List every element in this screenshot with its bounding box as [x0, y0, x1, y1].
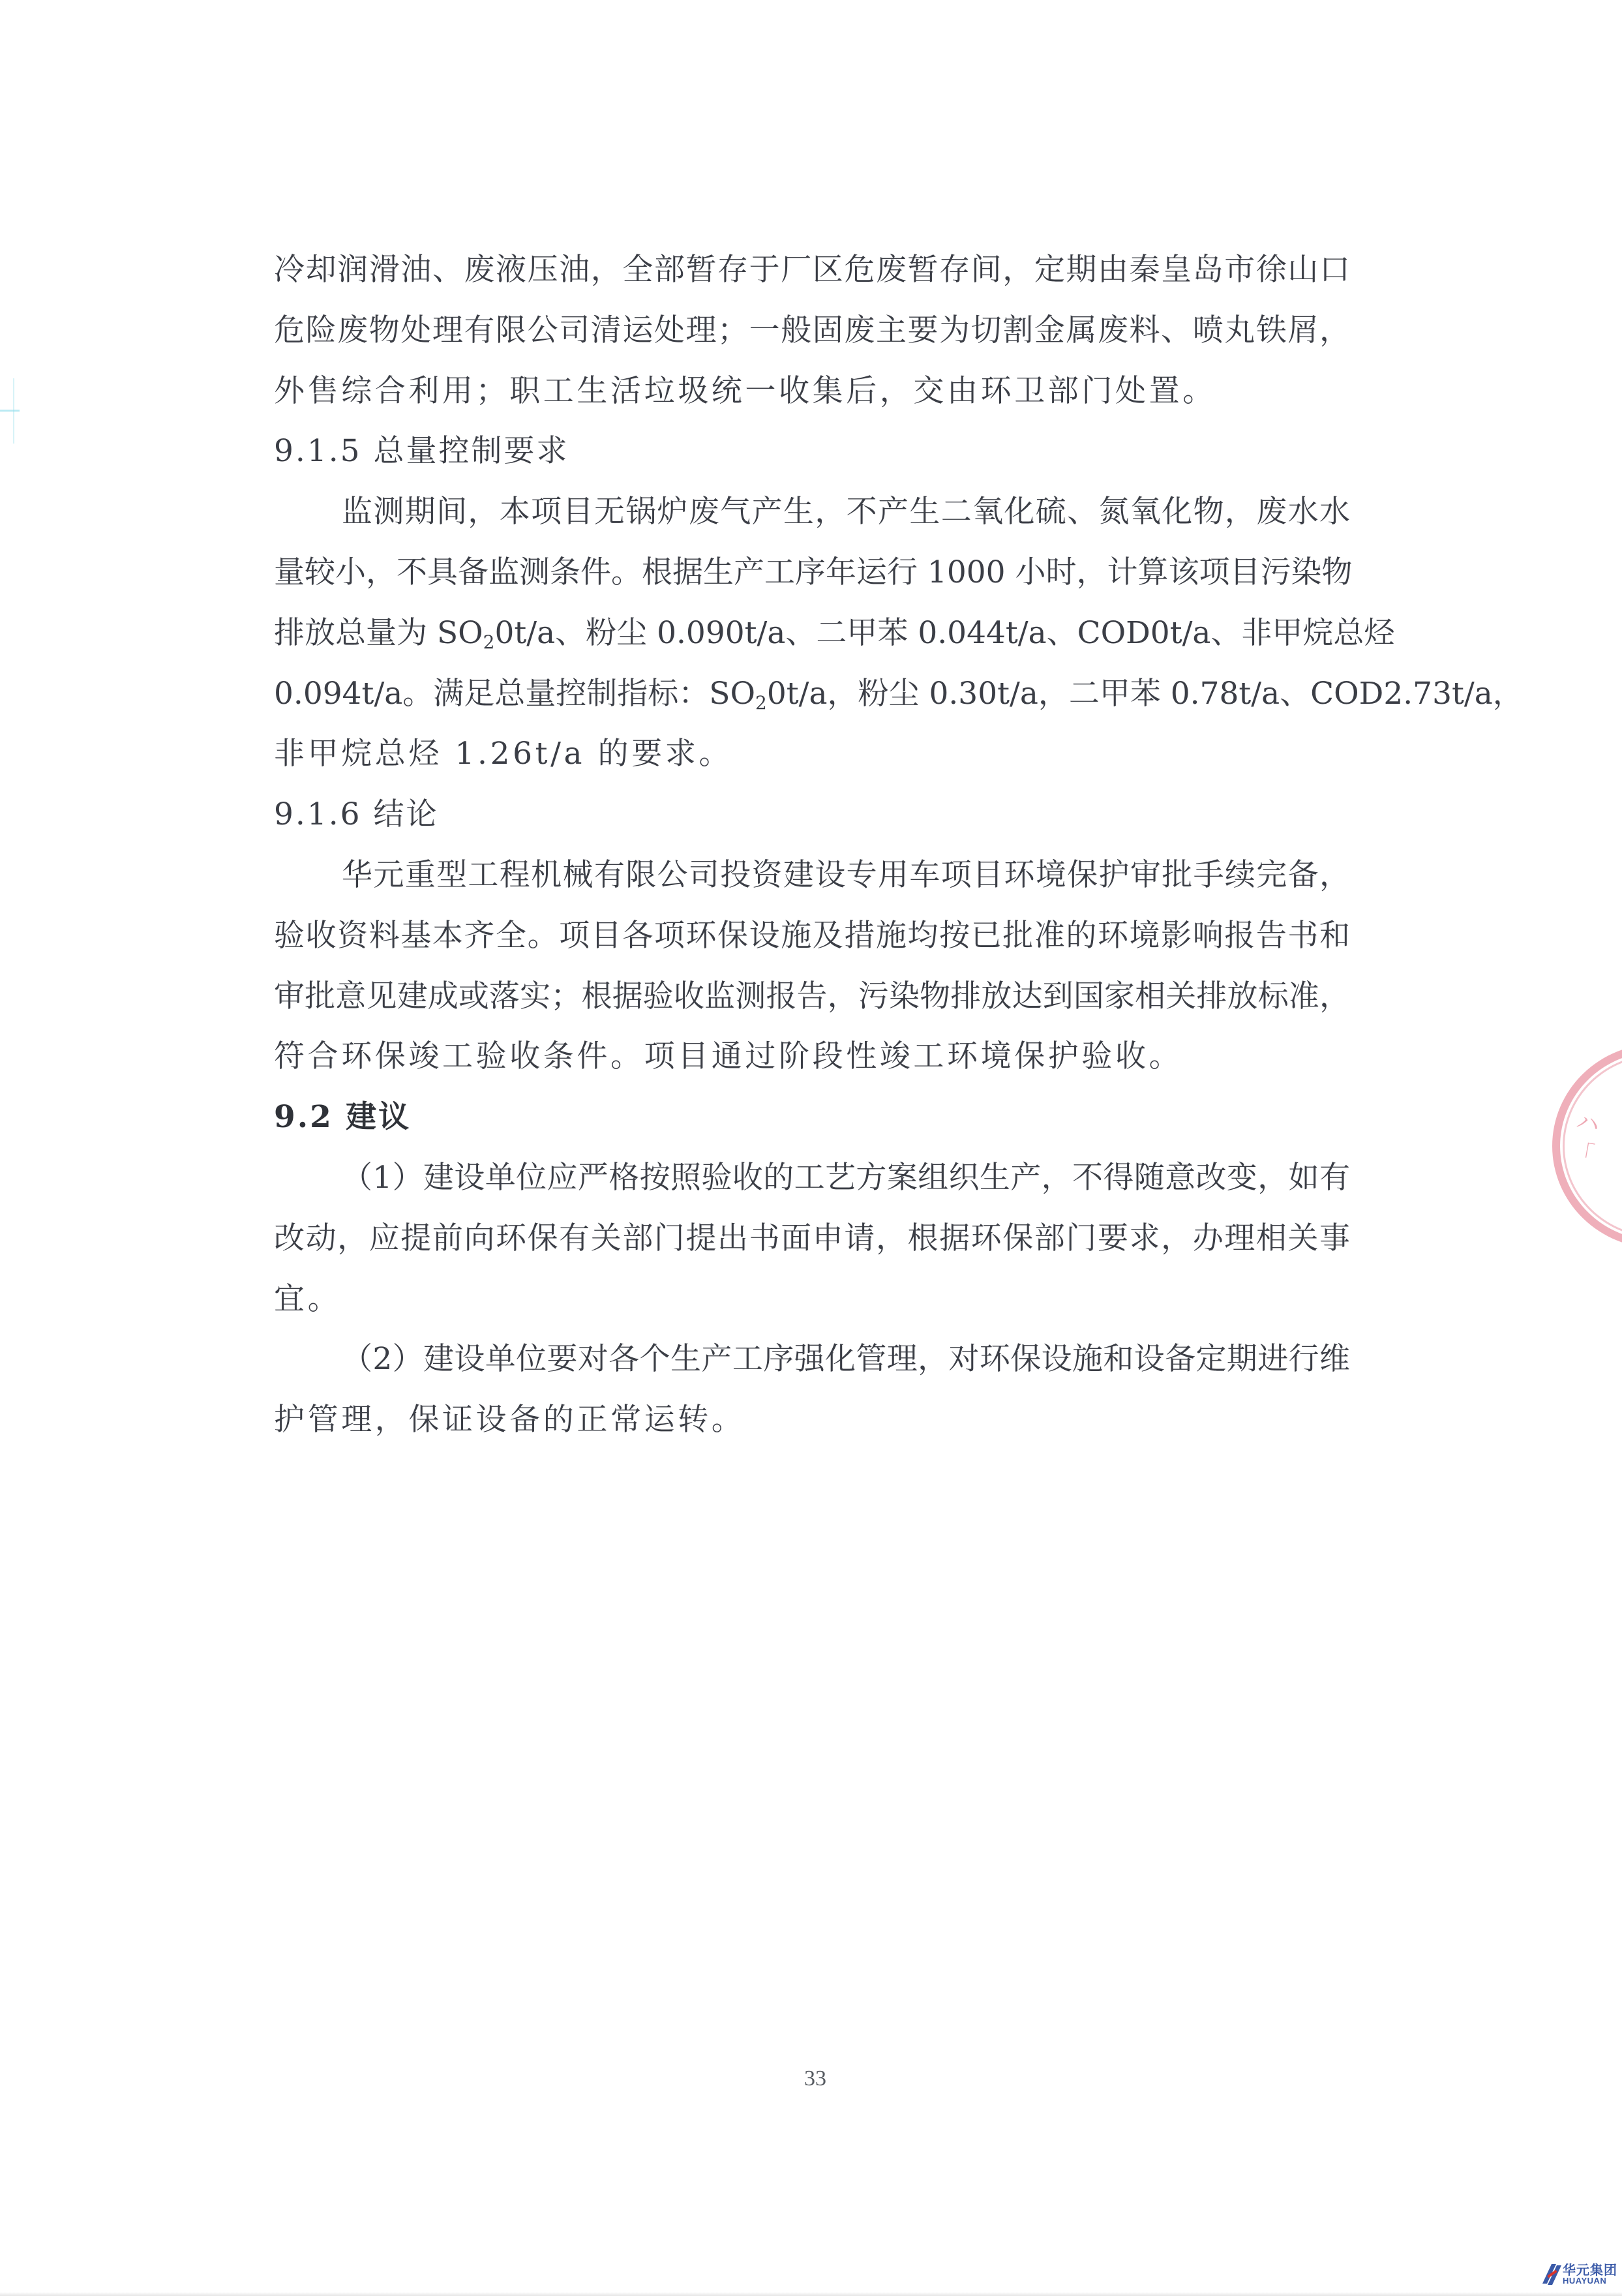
scan-bottom-edge — [0, 2292, 1622, 2296]
recommendation-1-line: 改动，应提前向环保有关部门提出书面申请，根据环保部门要求，办理相关事 — [274, 1209, 1350, 1269]
text-segment: 排放总量为 SO — [274, 615, 483, 651]
logo-en-text: HUAYUAN — [1563, 2276, 1617, 2285]
paragraph-line: 审批意见建成或落实；根据验收监测报告，污染物排放达到国家相关排放标准， — [274, 967, 1350, 1027]
recommendation-2-line: 护管理，保证设备的正常运转。 — [274, 1390, 1350, 1451]
paragraph-line-limits: 0.094t/a。满足总量控制指标：SO20t/a，粉尘 0.30t/a，二甲苯… — [274, 664, 1350, 725]
huayuan-logo: 华元集团 HUAYUAN — [1544, 2263, 1617, 2285]
huayuan-logo-icon — [1544, 2264, 1559, 2285]
paragraph-line: 监测期间，本项目无锅炉废气产生，不产生二氧化硫、氮氧化物，废水水 — [274, 482, 1350, 543]
section-heading-9-1-6: 9.1.6 结论 — [274, 785, 1350, 845]
document-page: 冷却润滑油、废液压油，全部暂存于厂区危废暂存间，定期由秦皇岛市徐山口 危险废物处… — [0, 0, 1622, 2296]
document-body: 冷却润滑油、废液压油，全部暂存于厂区危废暂存间，定期由秦皇岛市徐山口 危险废物处… — [274, 240, 1350, 1451]
recommendation-1-line: 宜。 — [274, 1269, 1350, 1330]
scan-artifact-mark — [0, 410, 20, 412]
logo-cn-text: 华元集团 — [1563, 2263, 1617, 2276]
subscript: 2 — [483, 631, 495, 653]
paragraph-line: 外售综合利用；职工生活垃圾统一收集后，交由环卫部门处置。 — [274, 361, 1350, 422]
paragraph-line: 非甲烷总烃 1.26t/a 的要求。 — [274, 724, 1350, 785]
recommendation-2-line: （2）建设单位要对各个生产工序强化管理，对环保设施和设备定期进行维 — [274, 1329, 1350, 1390]
text-segment: 0t/a，粉尘 0.30t/a，二甲苯 0.78t/a、COD2.73t/a， — [767, 676, 1524, 712]
subscript: 2 — [755, 692, 767, 714]
paragraph-line: 冷却润滑油、废液压油，全部暂存于厂区危废暂存间，定期由秦皇岛市徐山口 — [274, 240, 1350, 301]
logo-text: 华元集团 HUAYUAN — [1563, 2263, 1617, 2285]
section-heading-9-2: 9.2 建议 — [274, 1087, 1350, 1148]
paragraph-line-emissions: 排放总量为 SO20t/a、粉尘 0.090t/a、二甲苯 0.044t/a、C… — [274, 603, 1350, 664]
paragraph-line: 危险废物处理有限公司清运处理；一般固废主要为切割金属废料、喷丸铁屑， — [274, 301, 1350, 361]
page-number: 33 — [796, 2066, 835, 2091]
recommendation-1-line: （1）建设单位应严格按照验收的工艺方案组织生产，不得随意改变，如有 — [274, 1148, 1350, 1209]
paragraph-line: 验收资料基本齐全。项目各项环保设施及措施均按已批准的环境影响报告书和 — [274, 906, 1350, 967]
section-heading-9-1-5: 9.1.5 总量控制要求 — [274, 421, 1350, 482]
text-segment: 0t/a、粉尘 0.090t/a、二甲苯 0.044t/a、COD0t/a、非甲… — [495, 615, 1395, 651]
paragraph-line: 华元重型工程机械有限公司投资建设专用车项目环境保护审批手续完备， — [274, 845, 1350, 906]
paragraph-line: 符合环保竣工验收条件。项目通过阶段性竣工环境保护验收。 — [274, 1027, 1350, 1087]
text-segment: 0.094t/a。满足总量控制指标：SO — [274, 676, 755, 712]
paragraph-line: 量较小，不具备监测条件。根据生产工序年运行 1000 小时，计算该项目污染物 — [274, 543, 1350, 603]
scan-artifact-line — [13, 378, 14, 444]
